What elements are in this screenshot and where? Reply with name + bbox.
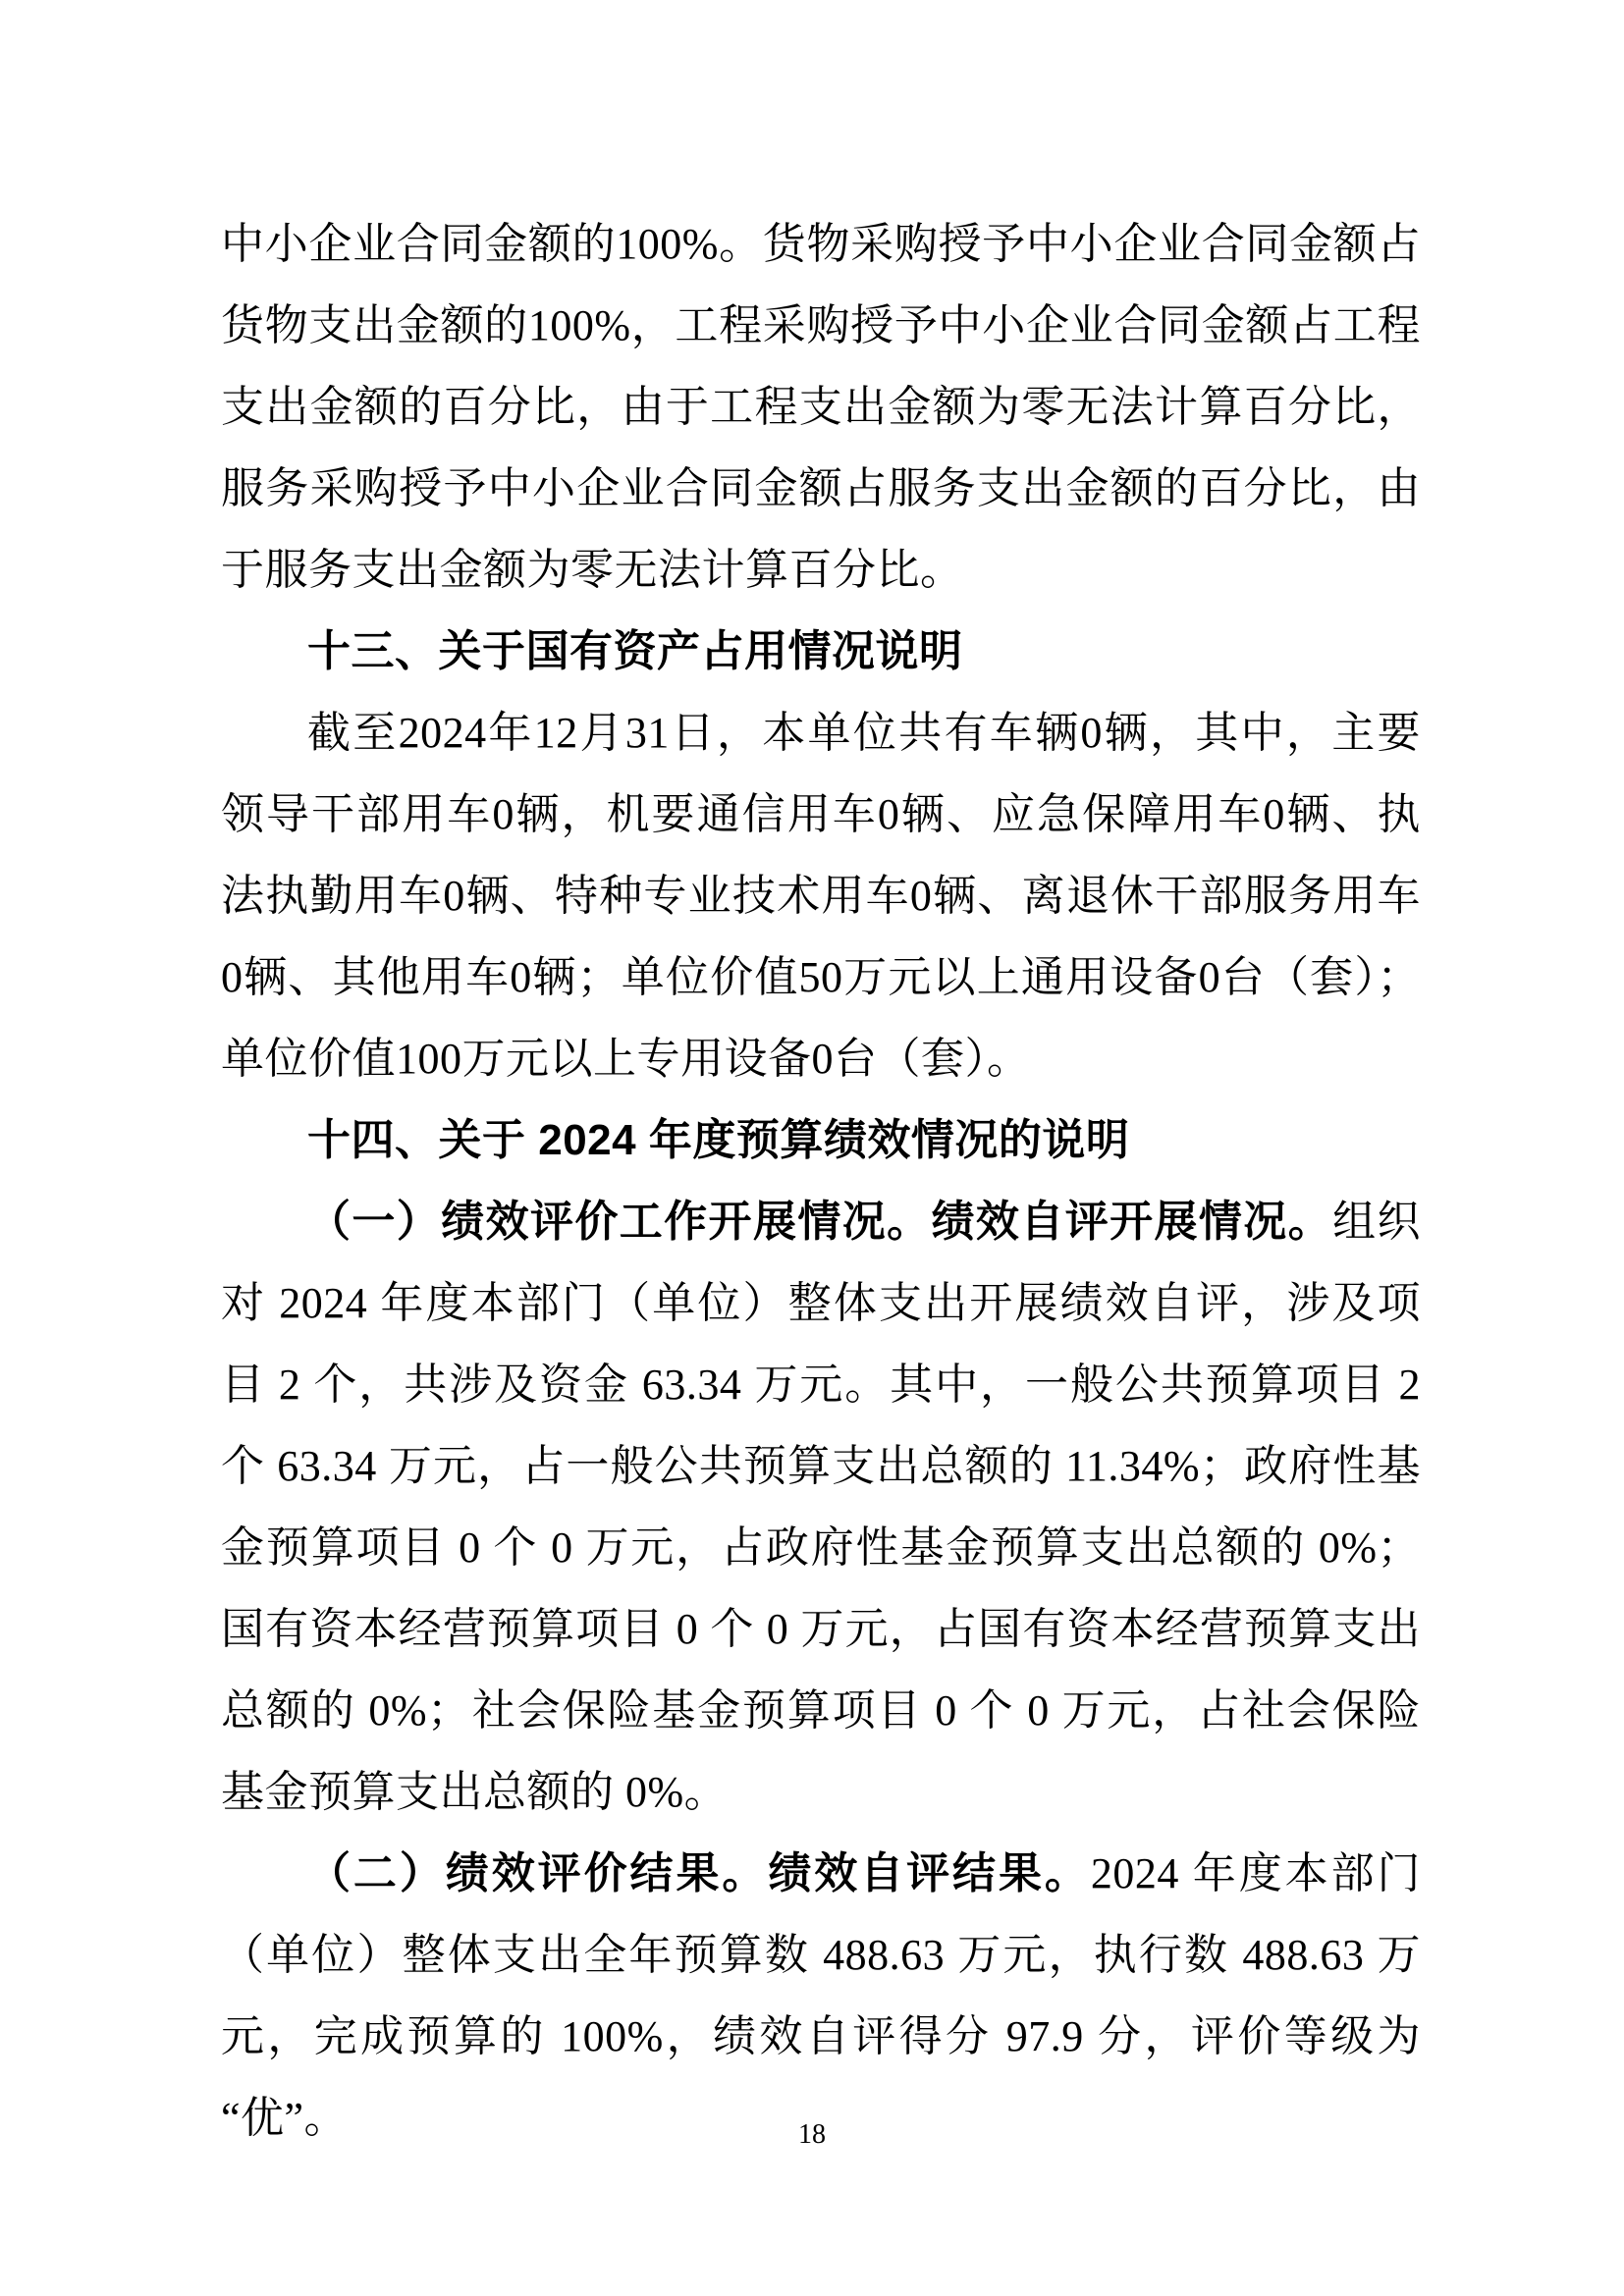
- section-heading-14-budget-performance: 十四、关于 2024 年度预算绩效情况的说明: [221, 1099, 1421, 1181]
- paragraph-performance-evaluation: （一）绩效评价工作开展情况。绩效自评开展情况。组织对 2024 年度本部门（单位…: [221, 1181, 1421, 1833]
- document-body: 中小企业合同金额的100%。货物采购授予中小企业合同金额占货物支出金额的100%…: [221, 203, 1421, 2159]
- paragraph-result-lead: （二）绩效评价结果。绩效自评结果。: [307, 1849, 1091, 1897]
- document-page: 中小企业合同金额的100%。货物采购授予中小企业合同金额占货物支出金额的100%…: [0, 0, 1624, 2296]
- paragraph-performance-text: 组织对 2024 年度本部门（单位）整体支出开展绩效自评，涉及项目 2 个，共涉…: [221, 1198, 1421, 1816]
- paragraph-smb-procurement: 中小企业合同金额的100%。货物采购授予中小企业合同金额占货物支出金额的100%…: [221, 203, 1421, 611]
- paragraph-state-assets: 截至2024年12月31日，本单位共有车辆0辆，其中，主要领导干部用车0辆，机要…: [221, 692, 1421, 1099]
- paragraph-performance-lead: （一）绩效评价工作开展情况。绩效自评开展情况。: [307, 1198, 1332, 1246]
- section-heading-13-state-assets: 十三、关于国有资产占用情况说明: [221, 611, 1421, 692]
- page-number: 18: [0, 2118, 1624, 2152]
- paragraph-performance-result: （二）绩效评价结果。绩效自评结果。2024 年度本部门（单位）整体支出全年预算数…: [221, 1833, 1421, 2159]
